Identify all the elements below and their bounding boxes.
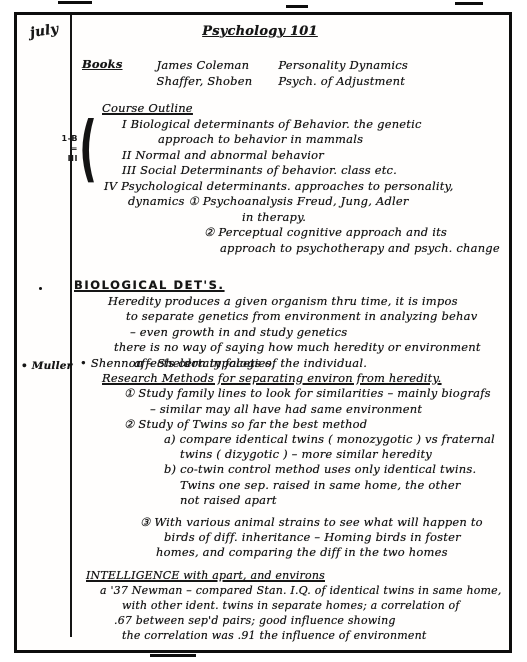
- book-author: James Coleman: [157, 57, 275, 73]
- scan-speck: [150, 654, 196, 657]
- scanned-notes-page: { "ink_color": "#161616", "title": "Psyc…: [0, 0, 527, 662]
- scan-speck: [455, 2, 483, 5]
- handwritten-line: Heredity produces a given organism thru …: [108, 294, 504, 310]
- handwritten-line: homes, and comparing the diff in the two…: [156, 545, 504, 560]
- handwritten-line: birds of diff. inheritance – Homing bird…: [164, 530, 504, 545]
- book-row: Shaffer, Shoben Psych. of Adjustment: [157, 73, 409, 89]
- handwritten-line: dynamics ① Psychoanalysis Freud, Jung, A…: [128, 194, 504, 210]
- handwritten-line: Research Methods for separating environ …: [102, 371, 504, 386]
- handwritten-line: twins ( dizygotic ) – more similar hered…: [180, 447, 504, 462]
- book-title: Personality Dynamics: [278, 57, 408, 73]
- handwritten-line: to separate genetics from environment in…: [126, 309, 504, 325]
- scan-speck: [286, 5, 308, 8]
- scan-speck: [58, 1, 92, 4]
- book-row: James Coleman Personality Dynamics: [157, 57, 409, 73]
- handwritten-line: – even growth in and study genetics: [130, 325, 504, 341]
- handwritten-line: INTELLIGENCE with apart, and environs: [86, 568, 506, 583]
- handwritten-line: b) co-twin control method uses only iden…: [164, 462, 504, 477]
- page-border: july Psychology 101 Books James Coleman …: [14, 12, 512, 653]
- handwritten-line: – similar may all have had same environm…: [150, 402, 504, 417]
- handwritten-line: in therapy.: [242, 210, 504, 226]
- handwritten-line: a) compare identical twins ( monozygotic…: [164, 432, 504, 447]
- handwritten-line: IV Psychological determinants. approache…: [104, 179, 504, 195]
- handwritten-line: not raised apart: [180, 493, 504, 508]
- handwritten-line: approach to psychotherapy and psych. cha…: [220, 241, 504, 257]
- outline-ref-top: 1-B: [60, 134, 78, 144]
- scan-dot: [39, 287, 42, 290]
- book-author: Shaffer, Shoben: [157, 73, 275, 89]
- handwritten-line: with other ident. twins in separate home…: [122, 598, 506, 613]
- handwritten-line: .67 between sep'd pairs; good influence …: [114, 613, 506, 628]
- course-outline-section: Course OutlineI Biological determinants …: [92, 101, 504, 256]
- books-section: Books James Coleman Personality Dynamics…: [82, 57, 408, 89]
- handwritten-line: approach to behavior in mammals: [158, 132, 504, 148]
- handwritten-line: ③ With various animal strains to see wha…: [140, 515, 504, 530]
- book-title: Psych. of Adjustment: [278, 73, 405, 89]
- handwritten-line: a '37 Newman – compared Stan. I.Q. of id…: [100, 583, 506, 598]
- handwritten-line: ① Study family lines to look for similar…: [124, 386, 504, 401]
- margin-month-label: july: [29, 21, 60, 41]
- handwritten-line: Course Outline: [102, 101, 504, 117]
- margin-bullet-note: • Muller: [21, 360, 72, 372]
- page-title: Psychology 101: [70, 24, 450, 39]
- handwritten-line: Twins one sep. raised in same home, the …: [180, 478, 504, 493]
- margin-rule: [70, 15, 72, 637]
- handwritten-line: there is no way of saying how much hered…: [114, 340, 504, 356]
- book-list: James Coleman Personality Dynamics Shaff…: [157, 57, 409, 89]
- outline-ref-note: 1-B = III: [60, 134, 78, 164]
- handwritten-line: ② Perceptual cognitive approach and its: [204, 225, 504, 241]
- handwritten-line: • Shennon – Sheldon typologies.: [80, 356, 504, 371]
- handwritten-line: I Biological determinants of Behavior. t…: [122, 117, 504, 133]
- handwritten-line: the correlation was .91 the influence of…: [122, 628, 506, 643]
- outline-ref-bottom: = III: [60, 144, 78, 164]
- books-label: Books: [82, 57, 123, 71]
- handwritten-line: II Normal and abnormal behavior: [122, 148, 504, 164]
- handwritten-line: BIOLOGICAL DET'S.: [74, 278, 504, 294]
- research-methods-section: • Shennon – Sheldon typologies.Research …: [80, 356, 504, 561]
- intelligence-section: INTELLIGENCE with apart, and environsa '…: [86, 568, 506, 643]
- handwritten-line: III Social Determinants of behavior. cla…: [122, 163, 504, 179]
- handwritten-line: ② Study of Twins so far the best method: [124, 417, 504, 432]
